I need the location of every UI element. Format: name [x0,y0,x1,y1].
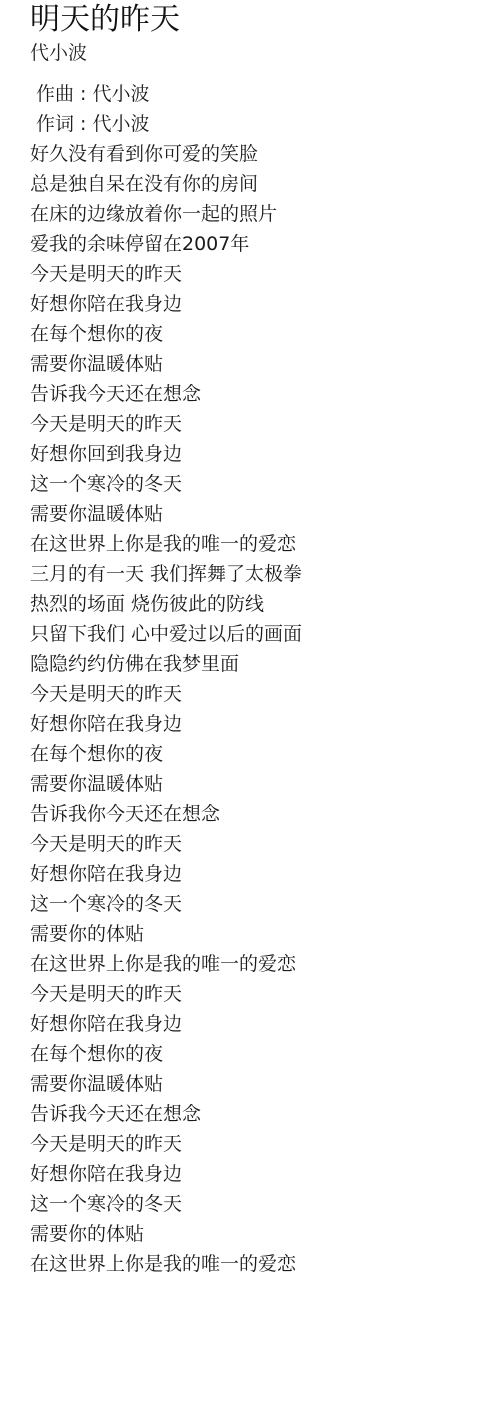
lyric-line: 在每个想你的夜 [30,1039,302,1069]
lyric-line: 今天是明天的昨天 [30,409,302,439]
lyric-line: 需要你温暖体贴 [30,1069,302,1099]
lyric-line: 需要你温暖体贴 [30,769,302,799]
lyric-line: 今天是明天的昨天 [30,979,302,1009]
lyric-line: 今天是明天的昨天 [30,829,302,859]
lyric-line: 今天是明天的昨天 [30,259,302,289]
lyric-line: 爱我的余味停留在2007年 [30,229,302,259]
lyric-line: 告诉我今天还在想念 [30,379,302,409]
lyric-line: 好想你陪在我身边 [30,1009,302,1039]
lyric-line: 告诉我你今天还在想念 [30,799,302,829]
lyric-line: 需要你温暖体贴 [30,499,302,529]
lyric-line: 需要你的体贴 [30,919,302,949]
lyric-line: 这一个寒冷的冬天 [30,1189,302,1219]
song-title: 明天的昨天 [30,1,180,39]
lyric-line: 需要你温暖体贴 [30,349,302,379]
lyric-line: 好想你回到我身边 [30,439,302,469]
lyric-line: 需要你的体贴 [30,1219,302,1249]
lyric-line: 这一个寒冷的冬天 [30,889,302,919]
lyric-line: 告诉我今天还在想念 [30,1099,302,1129]
credit-line: 作曲 : 代小波 [30,79,302,109]
lyric-line: 隐隐约约仿佛在我梦里面 [30,649,302,679]
lyric-line: 在这世界上你是我的唯一的爱恋 [30,529,302,559]
lyric-line: 好想你陪在我身边 [30,709,302,739]
lyric-line: 在这世界上你是我的唯一的爱恋 [30,1249,302,1279]
lyric-line: 在每个想你的夜 [30,319,302,349]
lyric-line: 今天是明天的昨天 [30,1129,302,1159]
lyric-line: 三月的有一天 我们挥舞了太极拳 [30,559,302,589]
lyric-line: 在每个想你的夜 [30,739,302,769]
credit-line: 作词 : 代小波 [30,109,302,139]
lyric-line: 在这世界上你是我的唯一的爱恋 [30,949,302,979]
lyric-line: 热烈的场面 烧伤彼此的防线 [30,589,302,619]
lyrics-list: 作曲 : 代小波 作词 : 代小波好久没有看到你可爱的笑脸总是独自呆在没有你的房… [30,79,302,1279]
lyric-line: 在床的边缘放着你一起的照片 [30,199,302,229]
lyric-line: 这一个寒冷的冬天 [30,469,302,499]
lyric-line: 总是独自呆在没有你的房间 [30,169,302,199]
lyric-line: 好想你陪在我身边 [30,289,302,319]
lyric-line: 好久没有看到你可爱的笑脸 [30,139,302,169]
lyric-line: 今天是明天的昨天 [30,679,302,709]
lyric-line: 好想你陪在我身边 [30,859,302,889]
lyric-line: 好想你陪在我身边 [30,1159,302,1189]
lyric-line: 只留下我们 心中爱过以后的画面 [30,619,302,649]
song-artist: 代小波 [30,40,87,66]
